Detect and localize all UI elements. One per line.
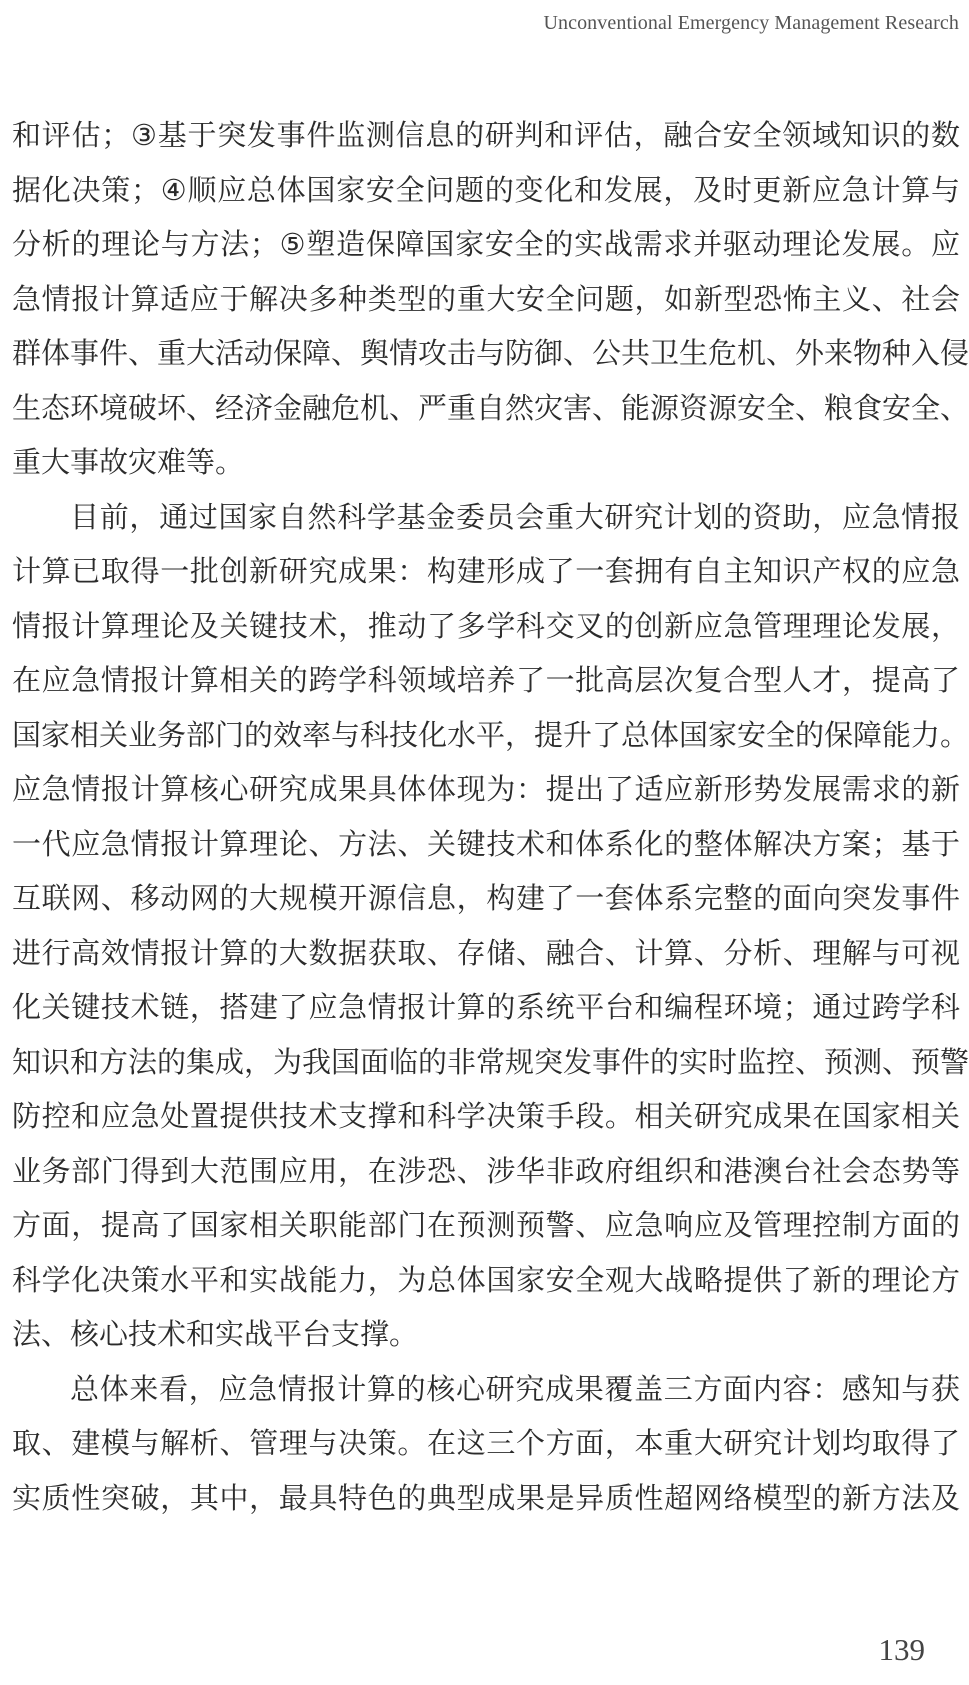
text-line: 知识和方法的集成，为我国面临的非常规突发事件的实时监控、预测、预警、 [12,1035,960,1090]
paragraph-2: 目前，通过国家自然科学基金委员会重大研究计划的资助，应急情报 计算已取得一批创新… [12,490,960,1362]
text-line: 取、建模与解析、管理与决策。在这三个方面，本重大研究计划均取得了 [12,1416,960,1471]
text-line: 国家相关业务部门的效率与科技化水平，提升了总体国家安全的保障能力。 [12,708,960,763]
text-line: 法、核心技术和实战平台支撑。 [12,1307,960,1362]
text-line: 方面，提高了国家相关职能部门在预测预警、应急响应及管理控制方面的 [12,1198,960,1253]
text-line: 互联网、移动网的大规模开源信息，构建了一套体系完整的面向突发事件 [12,871,960,926]
text-line: 生态环境破坏、经济金融危机、严重自然灾害、能源资源安全、粮食安全、 [12,381,960,436]
text-line: 重大事故灾难等。 [12,435,960,490]
text-line: 总体来看，应急情报计算的核心研究成果覆盖三方面内容：感知与获 [12,1362,960,1417]
running-header-title: Unconventional Emergency Management Rese… [543,12,959,35]
text-line: 和评估；③基于突发事件监测信息的研判和评估，融合安全领域知识的数 [12,108,960,163]
text-line: 进行高效情报计算的大数据获取、存储、融合、计算、分析、理解与可视 [12,926,960,981]
text-line: 应急情报计算核心研究成果具体体现为：提出了适应新形势发展需求的新 [12,762,960,817]
body-text: 和评估；③基于突发事件监测信息的研判和评估，融合安全领域知识的数 据化决策；④顺… [12,108,960,1525]
text-line: 化关键技术链，搭建了应急情报计算的系统平台和编程环境；通过跨学科 [12,980,960,1035]
text-line: 计算已取得一批创新研究成果：构建形成了一套拥有自主知识产权的应急 [12,544,960,599]
text-line: 急情报计算适应于解决多种类型的重大安全问题，如新型恐怖主义、社会 [12,272,960,327]
text-line: 情报计算理论及关键技术，推动了多学科交叉的创新应急管理理论发展， [12,599,960,654]
paragraph-1: 和评估；③基于突发事件监测信息的研判和评估，融合安全领域知识的数 据化决策；④顺… [12,108,960,490]
text-line: 一代应急情报计算理论、方法、关键技术和体系化的整体解决方案；基于 [12,817,960,872]
text-line: 实质性突破，其中，最具特色的典型成果是异质性超网络模型的新方法及 [12,1471,960,1526]
text-line: 群体事件、重大活动保障、舆情攻击与防御、公共卫生危机、外来物种入侵、 [12,326,960,381]
text-line: 据化决策；④顺应总体国家安全问题的变化和发展，及时更新应急计算与 [12,163,960,218]
page-number: 139 [879,1632,926,1668]
text-line: 业务部门得到大范围应用，在涉恐、涉华非政府组织和港澳台社会态势等 [12,1144,960,1199]
text-line: 目前，通过国家自然科学基金委员会重大研究计划的资助，应急情报 [12,490,960,545]
paragraph-3: 总体来看，应急情报计算的核心研究成果覆盖三方面内容：感知与获 取、建模与解析、管… [12,1362,960,1526]
text-line: 在应急情报计算相关的跨学科领域培养了一批高层次复合型人才，提高了 [12,653,960,708]
text-line: 分析的理论与方法；⑤塑造保障国家安全的实战需求并驱动理论发展。应 [12,217,960,272]
text-line: 科学化决策水平和实战能力，为总体国家安全观大战略提供了新的理论方 [12,1253,960,1308]
text-line: 防控和应急处置提供技术支撑和科学决策手段。相关研究成果在国家相关 [12,1089,960,1144]
